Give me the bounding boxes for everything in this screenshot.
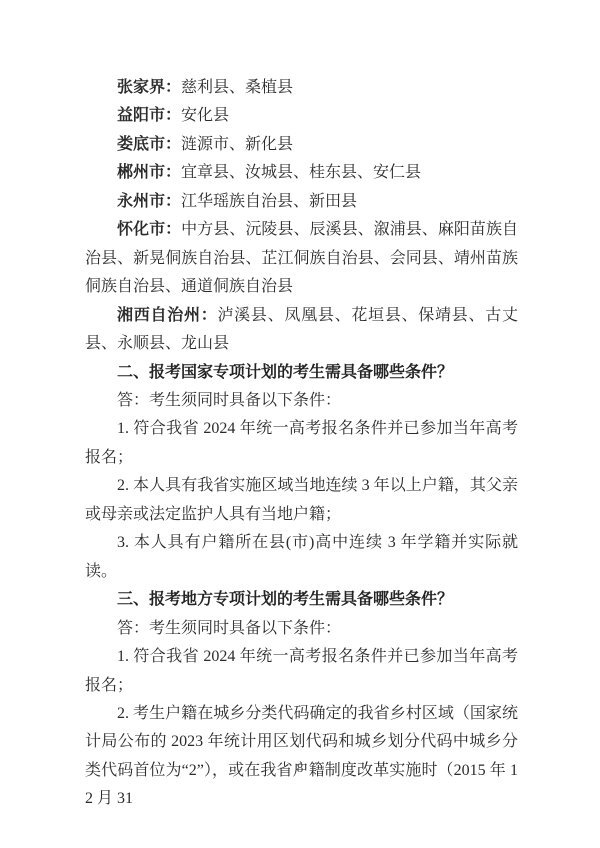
answer-intro: 答：考生须同时具备以下条件： [85, 387, 518, 415]
region-list-row: 娄底市：涟源市、新化县 [85, 131, 518, 159]
region-name: 张家界： [117, 79, 181, 96]
region-name: 益阳市： [117, 107, 181, 124]
region-counties: 宜章县、汝城县、桂东县、安仁县 [181, 164, 421, 181]
region-name: 湘西自治州： [117, 307, 217, 324]
question-heading-2: 二、报考国家专项计划的考生需具备哪些条件？ [85, 359, 518, 387]
region-list-row: 郴州市：宜章县、汝城县、桂东县、安仁县 [85, 159, 518, 187]
region-list-row: 张家界：慈利县、桑植县 [85, 74, 518, 102]
page-number: 8 [0, 760, 600, 776]
condition-item: 3. 本人具有户籍所在县(市)高中连续 3 年学籍并实际就读。 [85, 529, 518, 586]
document-body: 张家界：慈利县、桑植县 益阳市：安化县 娄底市：涟源市、新化县 郴州市：宜章县、… [85, 74, 518, 814]
region-name: 郴州市： [117, 164, 181, 181]
region-counties: 慈利县、桑植县 [181, 79, 293, 96]
region-name: 永州市： [117, 193, 181, 210]
condition-item: 1. 符合我省 2024 年统一高考报名条件并已参加当年高考报名； [85, 643, 518, 700]
region-list-row: 永州市：江华瑶族自治县、新田县 [85, 188, 518, 216]
document-page: 张家界：慈利县、桑植县 益阳市：安化县 娄底市：涟源市、新化县 郴州市：宜章县、… [0, 0, 600, 848]
condition-item: 1. 符合我省 2024 年统一高考报名条件并已参加当年高考报名； [85, 415, 518, 472]
answer-intro: 答：考生须同时具备以下条件： [85, 615, 518, 643]
region-counties: 江华瑶族自治县、新田县 [181, 193, 357, 210]
region-counties: 涟源市、新化县 [181, 136, 293, 153]
region-counties: 安化县 [181, 107, 229, 124]
condition-item: 2. 考生户籍在城乡分类代码确定的我省乡村区域（国家统计局公布的 2023 年统… [85, 700, 518, 814]
region-list-row: 怀化市：中方县、沅陵县、辰溪县、溆浦县、麻阳苗族自治县、新晃侗族自治县、芷江侗族… [85, 216, 518, 301]
condition-item: 2. 本人具有我省实施区域当地连续 3 年以上户籍，其父亲或母亲或法定监护人具有… [85, 472, 518, 529]
region-name: 娄底市： [117, 136, 181, 153]
question-heading-3: 三、报考地方专项计划的考生需具备哪些条件？ [85, 586, 518, 614]
region-name: 怀化市： [117, 221, 181, 238]
region-list-row: 湘西自治州：泸溪县、凤凰县、花垣县、保靖县、古丈县、永顺县、龙山县 [85, 302, 518, 359]
region-list-row: 益阳市：安化县 [85, 102, 518, 130]
